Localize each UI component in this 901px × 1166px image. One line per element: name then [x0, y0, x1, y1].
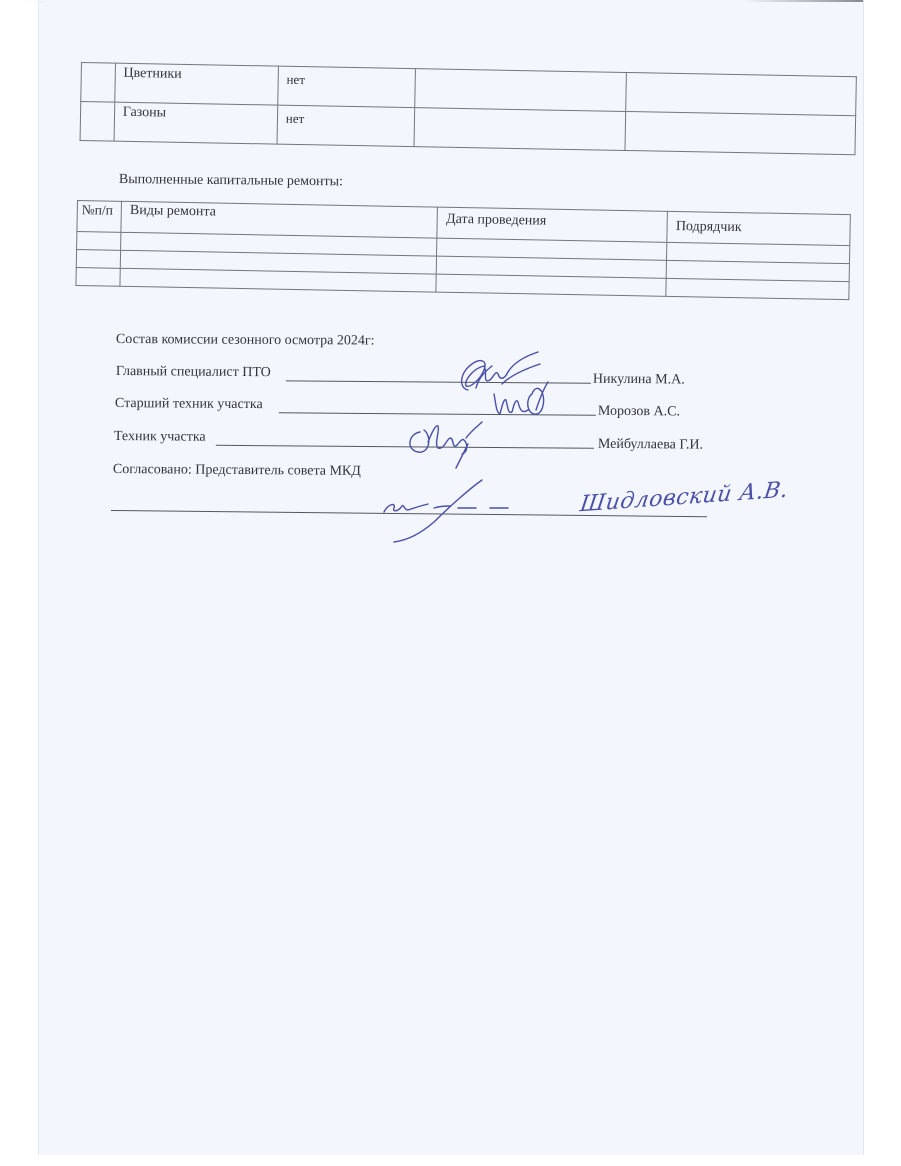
approval-row: Согласовано: Представитель совета МКД: [113, 462, 361, 480]
signature-line: [216, 445, 594, 449]
member-role: Главный специалист ПТО: [116, 364, 271, 381]
member-name: Мейбуллаева Г.И.: [598, 437, 703, 454]
approval-label: Согласовано: Представитель совета МКД: [113, 462, 361, 479]
signature-line: [286, 380, 591, 383]
commission-block: Состав комиссии сезонного осмотра 2024г:…: [0, 0, 901, 600]
commission-title: Состав комиссии сезонного осмотра 2024г:: [116, 332, 375, 350]
signature-line: [279, 412, 596, 415]
member-role: Техник участка: [114, 429, 206, 446]
member-name: Никулина М.А.: [593, 372, 685, 389]
member-role: Старший техник участка: [115, 396, 263, 413]
member-name: Морозов А.С.: [598, 404, 680, 421]
